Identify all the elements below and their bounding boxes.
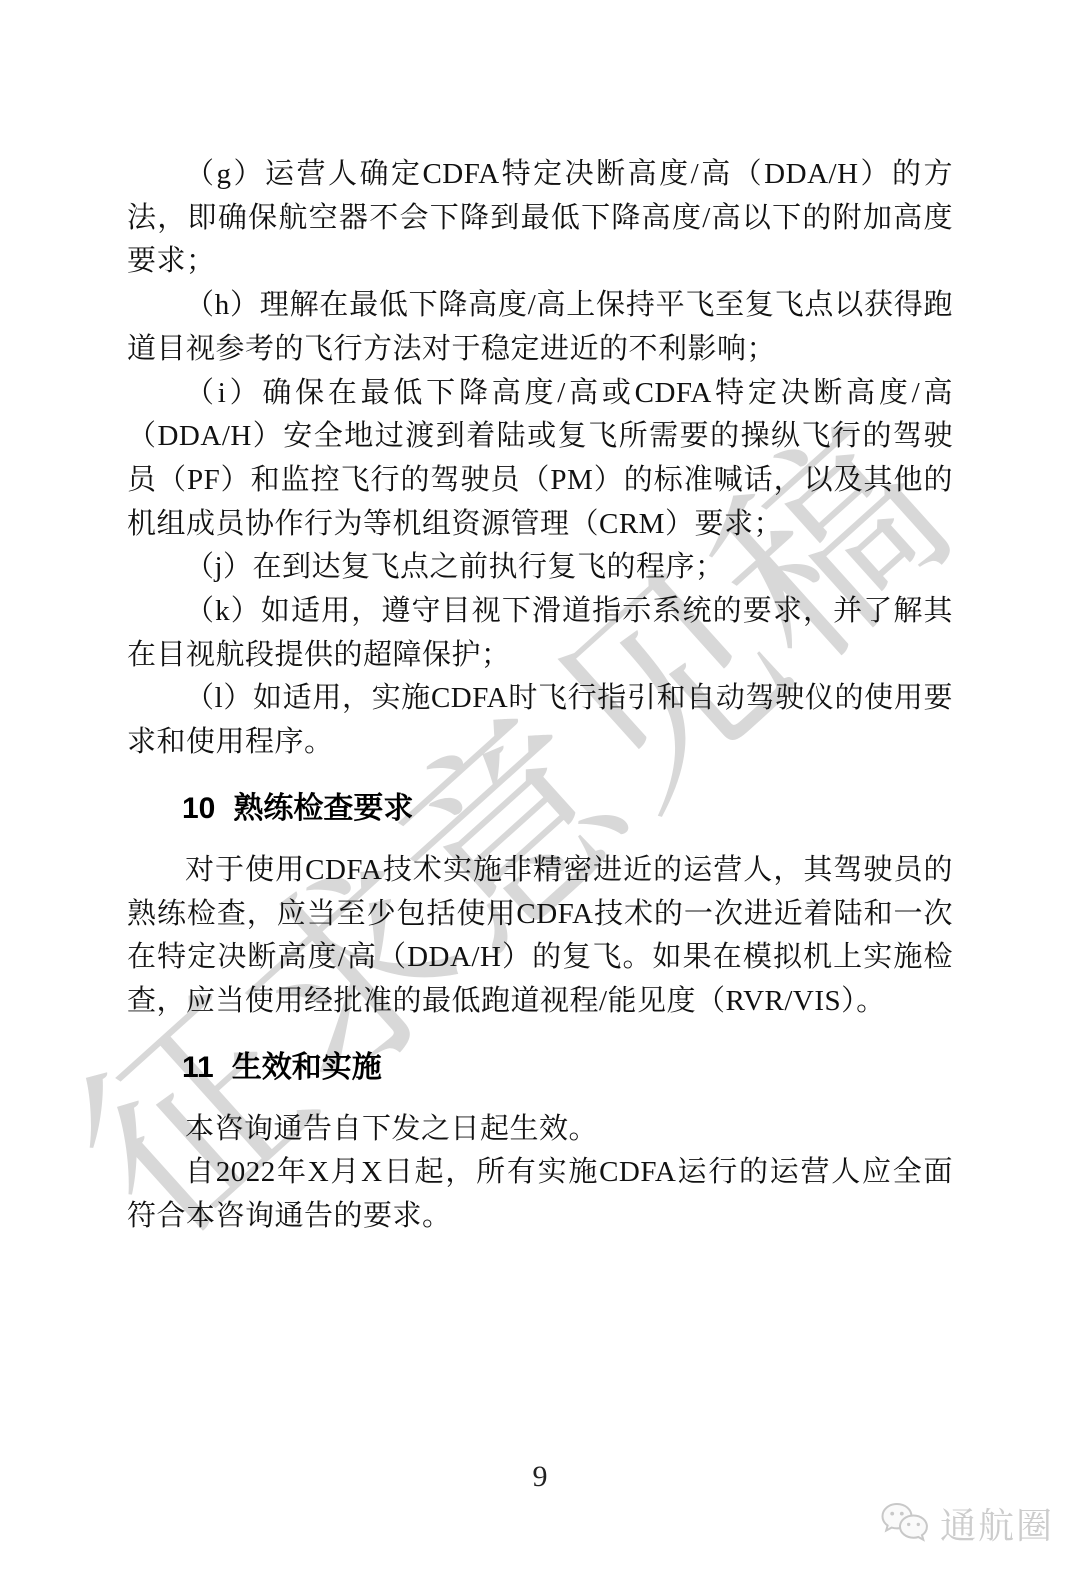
section-title: 生效和实施 [232, 1051, 382, 1084]
page-number: 9 [0, 1460, 1080, 1494]
section-heading-10: 10熟练检查要求 [182, 787, 953, 831]
document-page: 征求意见稿 （g）运营人确定CDFA特定决断高度/高（DDA/H）的方法，即确保… [0, 0, 1080, 1573]
list-item-h: （h）理解在最低下降高度/高上保持平飞至复飞点以获得跑道目视参考的飞行方法对于稳… [127, 284, 953, 371]
brand-watermark: 通航圈 [880, 1498, 1054, 1549]
section-number: 10 [182, 792, 215, 825]
brand-logo-text: 通航圈 [940, 1498, 1054, 1549]
section-heading-11: 11生效和实施 [182, 1046, 953, 1090]
section-title: 熟练检查要求 [233, 792, 413, 825]
document-content: （g）运营人确定CDFA特定决断高度/高（DDA/H）的方法，即确保航空器不会下… [127, 153, 953, 1239]
list-item-i: （i）确保在最低下降高度/高或CDFA特定决断高度/高（DDA/H）安全地过渡到… [127, 372, 953, 547]
list-item-j: （j）在到达复飞点之前执行复飞的程序； [127, 546, 953, 590]
section-number: 11 [182, 1051, 214, 1084]
list-item-g: （g）运营人确定CDFA特定决断高度/高（DDA/H）的方法，即确保航空器不会下… [127, 153, 953, 284]
list-item-l: （l）如适用，实施CDFA时飞行指引和自动驾驶仪的使用要求和使用程序。 [127, 677, 953, 764]
section-11-paragraph-2: 自2022年X月X日起，所有实施CDFA运行的运营人应全面符合本咨询通告的要求。 [127, 1151, 953, 1238]
list-item-k: （k）如适用，遵守目视下滑道指示系统的要求，并了解其在目视航段提供的超障保护； [127, 590, 953, 677]
section-10-paragraph: 对于使用CDFA技术实施非精密进近的运营人，其驾驶员的熟练检查，应当至少包括使用… [127, 849, 953, 1024]
section-11-paragraph-1: 本咨询通告自下发之日起生效。 [127, 1108, 953, 1152]
wechat-icon [880, 1501, 932, 1547]
